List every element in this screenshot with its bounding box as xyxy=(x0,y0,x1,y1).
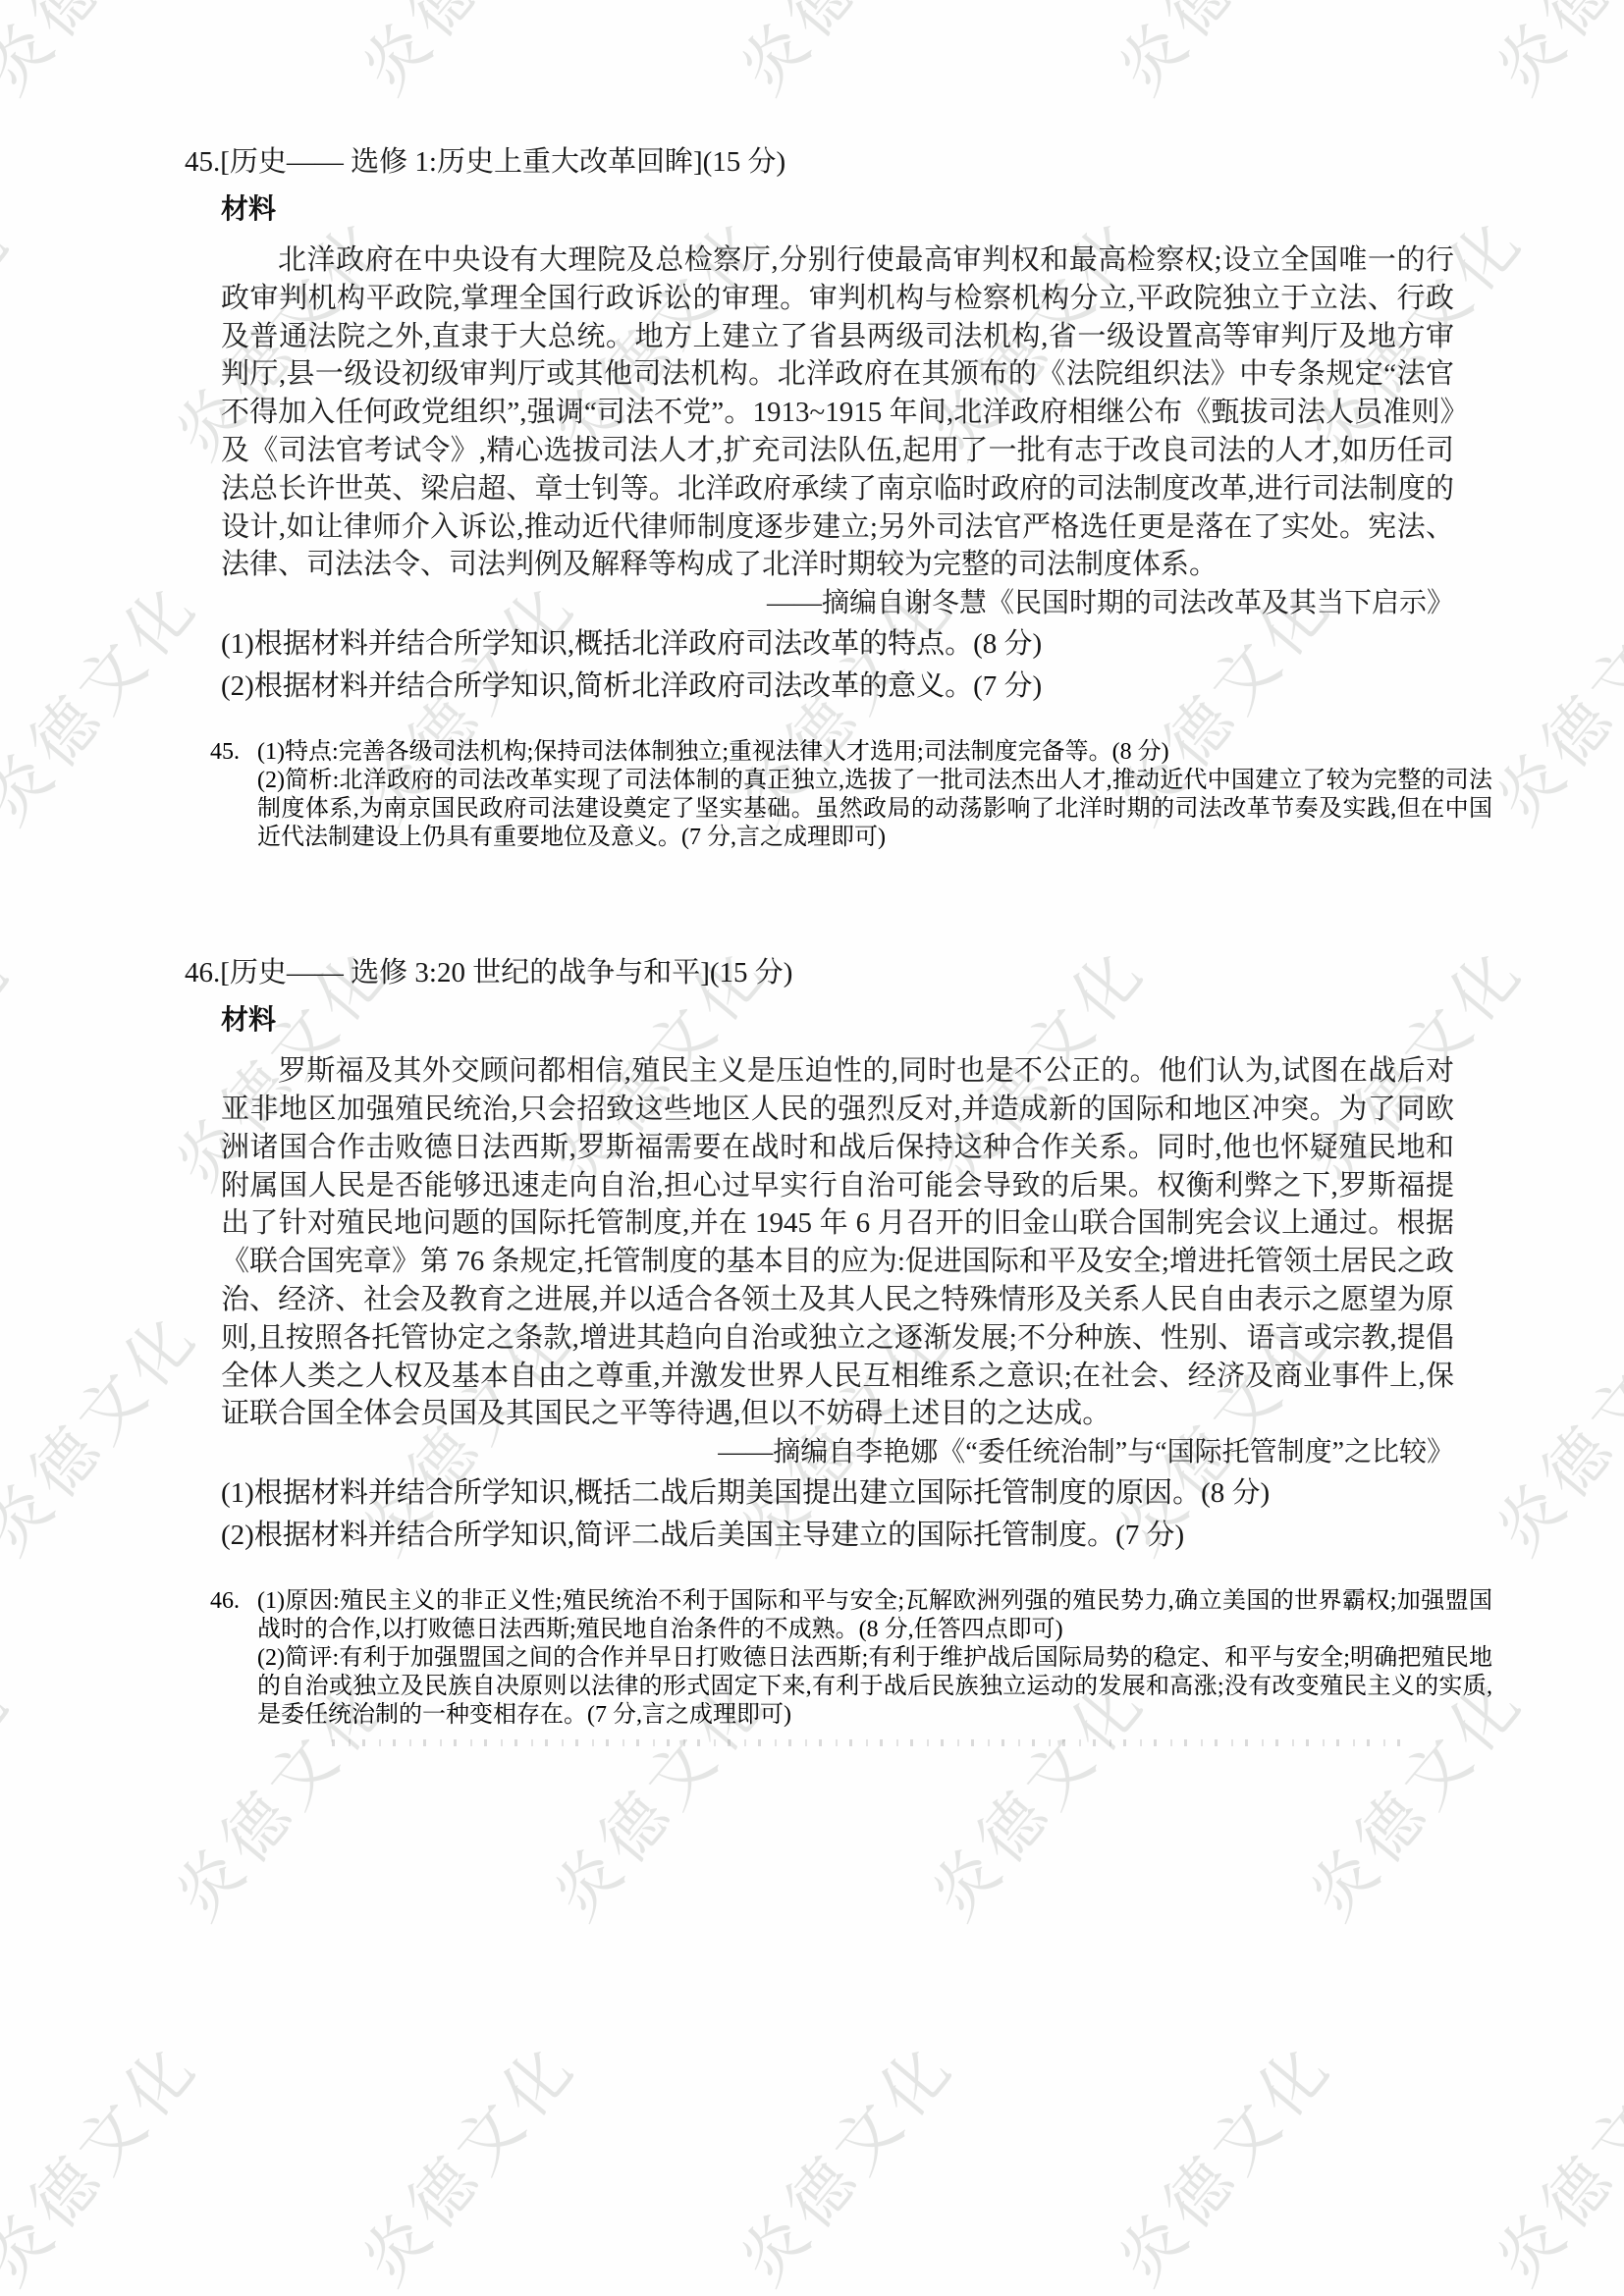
answer-45-part-1: (1)特点:完善各级司法机构;保持司法体制独立;重视法律人才选用;司法制度完备等… xyxy=(257,738,1492,767)
watermark-text: 炎德文化 xyxy=(1091,0,1349,109)
answer-46: 46. (1)原因:殖民主义的非正义性;殖民统治不利于国际和平与安全;瓦解欧洲列… xyxy=(210,1587,1492,1730)
watermark-text: 炎德文化 xyxy=(0,0,216,109)
question-45-number: 45. xyxy=(185,146,220,178)
clipped-next-line-artifact xyxy=(332,1739,1402,1746)
watermark-text: 炎德文化 xyxy=(335,2018,593,2296)
question-46-subquestion-1: (1)根据材料并结合所学知识,概括二战后期美国提出建立国际托管制度的原因。(8 … xyxy=(221,1473,1467,1514)
watermark-text: 炎德文化 xyxy=(0,1653,29,1936)
watermark-text: 炎德文化 xyxy=(1469,2018,1624,2296)
question-45-subquestion-1: (1)根据材料并结合所学知识,概括北洋政府司法改革的特点。(8 分) xyxy=(221,624,1467,665)
question-45-citation: ——摘编自谢冬慧《民国时期的司法改革及其当下启示》 xyxy=(221,584,1454,622)
answer-45-body: (1)特点:完善各级司法机构;保持司法体制独立;重视法律人才选用;司法制度完备等… xyxy=(257,738,1492,852)
question-45-material-text: 北洋政府在中央设有大理院及总检察厅,分别行使最高审判权和最高检察权;设立全国唯一… xyxy=(221,241,1454,584)
answer-45-number: 45. xyxy=(210,738,257,767)
question-46-material-label: 材料 xyxy=(221,1000,1467,1039)
watermark-text: 炎德文化 xyxy=(335,0,593,109)
answer-46-part-2: (2)简评:有利于加强盟国之间的合作并早日打败德日法西斯;有利于维护战后国际局势… xyxy=(257,1644,1492,1730)
watermark-text: 炎德文化 xyxy=(0,923,29,1205)
watermark-text: 炎德文化 xyxy=(1091,2018,1349,2296)
question-46-citation: ——摘编自李艳娜《“委任统治制”与“国际托管制度”之比较》 xyxy=(221,1433,1454,1471)
question-46-title-text: [历史—— 选修 3:20 世纪的战争与和平](15 分) xyxy=(220,957,792,988)
question-46-number: 46. xyxy=(185,957,220,988)
watermark-text: 炎德文化 xyxy=(0,558,216,840)
exam-answer-page: 炎德文化炎德文化炎德文化炎德文化炎德文化炎德文化炎德文化炎德文化炎德文化炎德文化… xyxy=(0,0,1624,2296)
watermark-text: 炎德文化 xyxy=(1469,558,1624,840)
question-46: 46.[历史—— 选修 3:20 世纪的战争与和平](15 分) 材料 罗斯福及… xyxy=(185,954,1467,1746)
question-45: 45.[历史—— 选修 1:历史上重大改革回眸](15 分) 材料 北洋政府在中… xyxy=(185,143,1467,852)
watermark-text: 炎德文化 xyxy=(713,2018,971,2296)
question-46-material-text: 罗斯福及其外交顾问都相信,殖民主义是压迫性的,同时也是不公正的。他们认为,试图在… xyxy=(221,1052,1454,1433)
answer-46-body: (1)原因:殖民主义的非正义性;殖民统治不利于国际和平与安全;瓦解欧洲列强的殖民… xyxy=(257,1587,1492,1730)
watermark-text: 炎德文化 xyxy=(1469,0,1624,109)
question-46-title: 46.[历史—— 选修 3:20 世纪的战争与和平](15 分) xyxy=(185,954,1467,992)
watermark-text: 炎德文化 xyxy=(713,0,971,109)
watermark-text: 炎德文化 xyxy=(0,192,29,475)
answer-46-number: 46. xyxy=(210,1587,257,1616)
answer-46-part-1: (1)原因:殖民主义的非正义性;殖民统治不利于国际和平与安全;瓦解欧洲列强的殖民… xyxy=(257,1587,1492,1644)
answer-45: 45. (1)特点:完善各级司法机构;保持司法体制独立;重视法律人才选用;司法制… xyxy=(210,738,1492,852)
watermark-text: 炎德文化 xyxy=(0,1288,216,1571)
watermark-text: 炎德文化 xyxy=(1469,1288,1624,1571)
question-45-title: 45.[历史—— 选修 1:历史上重大改革回眸](15 分) xyxy=(185,143,1467,182)
question-45-material-label: 材料 xyxy=(221,189,1467,228)
watermark-text: 炎德文化 xyxy=(0,2018,216,2296)
page-content: 45.[历史—— 选修 1:历史上重大改革回眸](15 分) 材料 北洋政府在中… xyxy=(185,143,1467,1746)
question-46-subquestion-2: (2)根据材料并结合所学知识,简评二战后美国主导建立的国际托管制度。(7 分) xyxy=(221,1516,1467,1556)
question-45-title-text: [历史—— 选修 1:历史上重大改革回眸](15 分) xyxy=(220,146,785,178)
answer-45-part-2: (2)简析:北洋政府的司法改革实现了司法体制的真正独立,选拔了一批司法杰出人才,… xyxy=(257,767,1492,852)
question-45-subquestion-2: (2)根据材料并结合所学知识,简析北洋政府司法改革的意义。(7 分) xyxy=(221,667,1467,707)
